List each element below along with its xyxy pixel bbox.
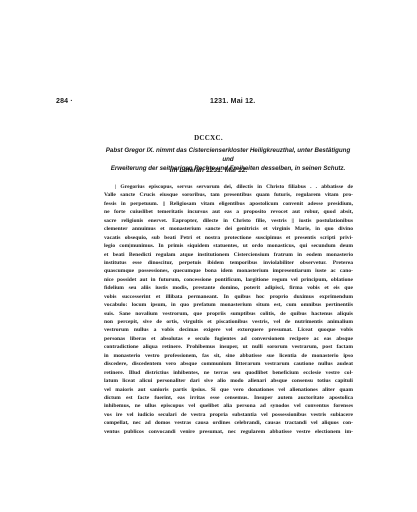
dating-line: Im Lateran 1231. Mai 12.: [0, 167, 417, 174]
body-line: compellat, nec ad domos vestras causa or…: [104, 419, 353, 427]
body-line: suis. Sane novalium vestrorum, que propr…: [104, 310, 353, 318]
running-head: 284 · 1231. Mai 12.: [56, 98, 356, 108]
body-line: vel maioris aut sanioris partis ipsius. …: [104, 386, 353, 394]
body-line: fidelium seu aliis iustis modis, prestan…: [104, 284, 353, 292]
body-line: et beati Benedicti regulam atque institu…: [104, 251, 353, 259]
body-line: | Gregorius episcopus, servus servorum d…: [104, 183, 353, 191]
page-number: 284 ·: [56, 98, 73, 105]
body-line: clementer annuimus et monasterium sancte…: [104, 225, 353, 233]
body-line: in monasterio vestro professionem, fas s…: [104, 352, 353, 360]
document-page: 284 · 1231. Mai 12. DCCXC. Pabst Gregor …: [0, 0, 417, 512]
body-line: dictum est facte fuerint, eas irritas es…: [104, 394, 353, 402]
body-line: contradictione aliqua retinere. Prohibem…: [104, 343, 353, 351]
body-line: vestrorum nullus a vobis decimas exigere…: [104, 326, 353, 334]
body-line: sacre religionis enervet. Eapropter, dil…: [104, 217, 353, 225]
body-line: nice possidet aut in futurum, concession…: [104, 276, 353, 284]
body-line: ne forte cuiuslibet temeritatis incursus…: [104, 208, 353, 216]
body-line: vobis successerint et illibata permanean…: [104, 293, 353, 301]
running-head-date: 1231. Mai 12.: [210, 98, 255, 105]
body-line: discedere, discedentem vero absque commu…: [104, 360, 353, 368]
body-line: personas liberas et absolutas e seculo f…: [104, 335, 353, 343]
body-line: inhibemus, ne ullus episcopus vel quelib…: [104, 402, 353, 410]
body-line: vocabulo: locum ipsum, in quo prefatum m…: [104, 301, 353, 309]
body-line: Valle sancte Crucis eiusque sororibus, t…: [104, 191, 353, 199]
body-line: vos ire vel iudicio seculari de vestra p…: [104, 411, 353, 419]
body-line: fessis in perpetuum. || Religiosam vitam…: [104, 200, 353, 208]
charter-body-text: | Gregorius episcopus, servus servorum d…: [104, 183, 353, 436]
body-line: institutus esse dinoscitur, perpetuis ib…: [104, 259, 353, 267]
body-line: retinere. Illud districtius inhibentes, …: [104, 369, 353, 377]
body-line: quascumque possessiones, quecumque bona …: [104, 267, 353, 275]
regest-line: Pabst Gregor IX. nimmt das Cistercienser…: [100, 146, 356, 164]
body-line: ventus publicos convocandi venire presum…: [104, 428, 353, 436]
body-line: vacatis obsequio, sub beati Petri et nos…: [104, 234, 353, 242]
document-number: DCCXC.: [0, 134, 417, 142]
body-line: latum liceat alicui personaliter dari si…: [104, 377, 353, 385]
body-line: legio com|munimus. In primis siquidem st…: [104, 242, 353, 250]
body-line: non percepit, sive de ortis, virgultis e…: [104, 318, 353, 326]
